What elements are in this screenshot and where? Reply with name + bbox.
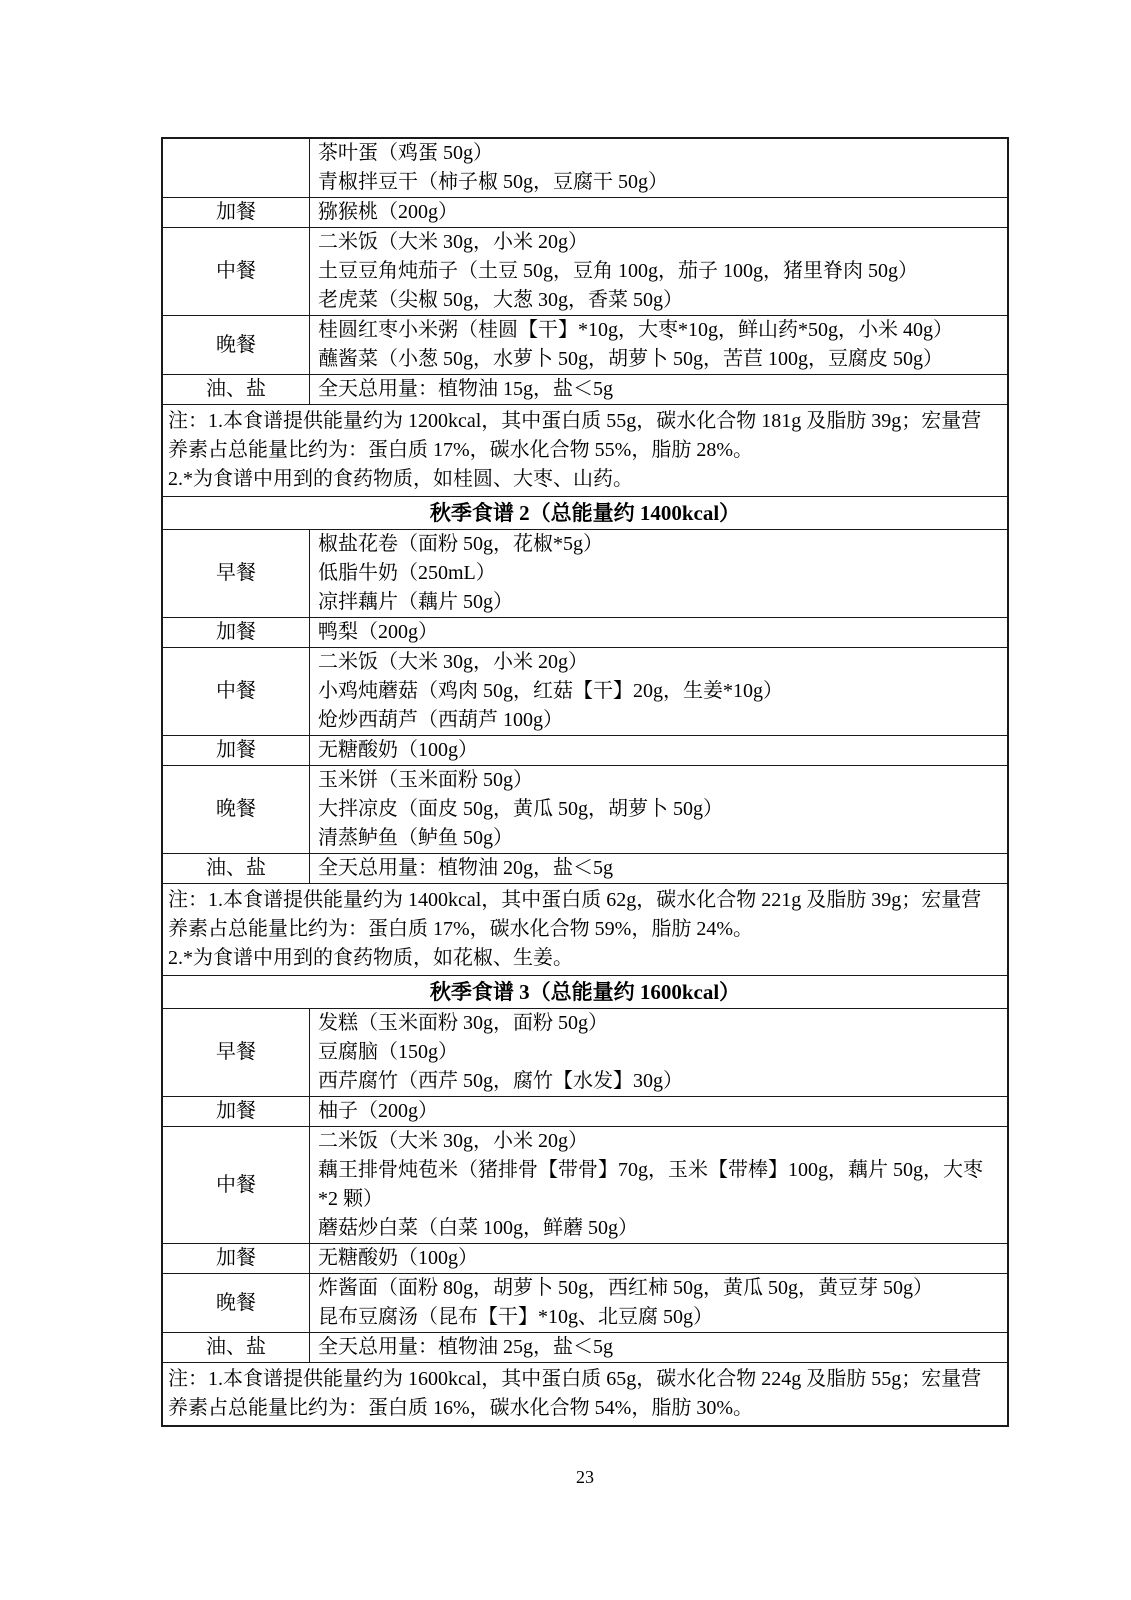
meal-label: 加餐 xyxy=(163,1097,310,1126)
meal-label: 早餐 xyxy=(163,1009,310,1096)
recipe-note: 注：1.本食谱提供能量约为 1400kcal，其中蛋白质 62g，碳水化合物 2… xyxy=(168,886,1001,944)
meal-dishes: 椒盐花卷（面粉 50g，花椒*5g） 低脂牛奶（250mL） 凉拌藕片（藕片 5… xyxy=(310,530,1007,617)
dish-line: 发糕（玉米面粉 30g，面粉 50g） xyxy=(318,1009,989,1038)
dish-line: 无糖酸奶（100g） xyxy=(318,736,989,765)
meal-dishes: 柚子（200g） xyxy=(310,1097,1007,1126)
meal-row: 晚餐 玉米饼（玉米面粉 50g） 大拌凉皮（面皮 50g，黄瓜 50g，胡萝卜 … xyxy=(163,766,1007,854)
dish-line: 昆布豆腐汤（昆布【干】*10g、北豆腐 50g） xyxy=(318,1303,989,1332)
dish-line: 清蒸鲈鱼（鲈鱼 50g） xyxy=(318,824,989,853)
meal-dishes: 无糖酸奶（100g） xyxy=(310,736,1007,765)
dish-line: 全天总用量：植物油 15g，盐＜5g xyxy=(318,375,989,404)
meal-dishes: 二米饭（大米 30g，小米 20g） 小鸡炖蘑菇（鸡肉 50g，红菇【干】20g… xyxy=(310,648,1007,735)
dish-line: 藕王排骨炖苞米（猪排骨【带骨】70g，玉米【带棒】100g，藕片 50g，大枣*… xyxy=(318,1156,989,1214)
meal-label: 晚餐 xyxy=(163,316,310,374)
dish-line: 凉拌藕片（藕片 50g） xyxy=(318,588,989,617)
meal-dishes: 猕猴桃（200g） xyxy=(310,198,1007,227)
document-page: 茶叶蛋（鸡蛋 50g） 青椒拌豆干（柿子椒 50g，豆腐干 50g） 加餐 猕猴… xyxy=(0,0,1131,1600)
meal-dishes: 二米饭（大米 30g，小米 20g） 土豆豆角炖茄子（土豆 50g，豆角 100… xyxy=(310,228,1007,315)
meal-row: 晚餐 炸酱面（面粉 80g，胡萝卜 50g，西红柿 50g，黄瓜 50g，黄豆芽… xyxy=(163,1274,1007,1333)
recipe-section-header: 秋季食谱 3（总能量约 1600kcal） xyxy=(163,976,1007,1009)
meal-dishes: 茶叶蛋（鸡蛋 50g） 青椒拌豆干（柿子椒 50g，豆腐干 50g） xyxy=(310,139,1007,197)
recipe-note: 2.*为食谱中用到的食药物质，如花椒、生姜。 xyxy=(168,944,1001,973)
meal-dishes: 无糖酸奶（100g） xyxy=(310,1244,1007,1273)
recipe-note: 2.*为食谱中用到的食药物质，如桂圆、大枣、山药。 xyxy=(168,465,1001,494)
meal-label: 早餐 xyxy=(163,530,310,617)
dish-line: 土豆豆角炖茄子（土豆 50g，豆角 100g，茄子 100g，猪里脊肉 50g） xyxy=(318,257,989,286)
recipe-note: 注：1.本食谱提供能量约为 1600kcal，其中蛋白质 65g，碳水化合物 2… xyxy=(168,1365,1001,1423)
dish-line: 猕猴桃（200g） xyxy=(318,198,989,227)
dish-line: 小鸡炖蘑菇（鸡肉 50g，红菇【干】20g，生姜*10g） xyxy=(318,677,989,706)
dish-line: 玉米饼（玉米面粉 50g） xyxy=(318,766,989,795)
meal-label: 晚餐 xyxy=(163,766,310,853)
dish-line: 桂圆红枣小米粥（桂圆【干】*10g，大枣*10g，鲜山药*50g，小米 40g） xyxy=(318,316,989,345)
meal-label: 加餐 xyxy=(163,618,310,647)
meal-label: 油、盐 xyxy=(163,1333,310,1362)
meal-row: 油、盐 全天总用量：植物油 20g，盐＜5g xyxy=(163,854,1007,884)
meal-row: 加餐 鸭梨（200g） xyxy=(163,618,1007,648)
meal-row: 中餐 二米饭（大米 30g，小米 20g） 土豆豆角炖茄子（土豆 50g，豆角 … xyxy=(163,228,1007,316)
meal-dishes: 发糕（玉米面粉 30g，面粉 50g） 豆腐脑（150g） 西芹腐竹（西芹 50… xyxy=(310,1009,1007,1096)
dish-line: 蘸酱菜（小葱 50g，水萝卜 50g，胡萝卜 50g，苦苣 100g，豆腐皮 5… xyxy=(318,345,989,374)
dish-line: 炝炒西葫芦（西葫芦 100g） xyxy=(318,706,989,735)
meal-row: 早餐 发糕（玉米面粉 30g，面粉 50g） 豆腐脑（150g） 西芹腐竹（西芹… xyxy=(163,1009,1007,1097)
meal-row: 加餐 猕猴桃（200g） xyxy=(163,198,1007,228)
note-row: 注：1.本食谱提供能量约为 1600kcal，其中蛋白质 65g，碳水化合物 2… xyxy=(163,1363,1007,1425)
dish-line: 鸭梨（200g） xyxy=(318,618,989,647)
dish-line: 无糖酸奶（100g） xyxy=(318,1244,989,1273)
meal-row: 油、盐 全天总用量：植物油 15g，盐＜5g xyxy=(163,375,1007,405)
recipe-section-header: 秋季食谱 2（总能量约 1400kcal） xyxy=(163,497,1007,530)
meal-label: 中餐 xyxy=(163,228,310,315)
dish-line: 炸酱面（面粉 80g，胡萝卜 50g，西红柿 50g，黄瓜 50g，黄豆芽 50… xyxy=(318,1274,989,1303)
meal-label: 油、盐 xyxy=(163,854,310,883)
dish-line: 二米饭（大米 30g，小米 20g） xyxy=(318,648,989,677)
meal-row: 加餐 柚子（200g） xyxy=(163,1097,1007,1127)
recipe-note: 注：1.本食谱提供能量约为 1200kcal，其中蛋白质 55g，碳水化合物 1… xyxy=(168,407,1001,465)
meal-label: 中餐 xyxy=(163,648,310,735)
meal-row: 中餐 二米饭（大米 30g，小米 20g） 藕王排骨炖苞米（猪排骨【带骨】70g… xyxy=(163,1127,1007,1244)
meal-dishes: 炸酱面（面粉 80g，胡萝卜 50g，西红柿 50g，黄瓜 50g，黄豆芽 50… xyxy=(310,1274,1007,1332)
dish-line: 西芹腐竹（西芹 50g，腐竹【水发】30g） xyxy=(318,1067,989,1096)
dish-line: 豆腐脑（150g） xyxy=(318,1038,989,1067)
dish-line: 二米饭（大米 30g，小米 20g） xyxy=(318,228,989,257)
meal-label: 加餐 xyxy=(163,198,310,227)
meal-dishes: 全天总用量：植物油 20g，盐＜5g xyxy=(310,854,1007,883)
dish-line: 低脂牛奶（250mL） xyxy=(318,559,989,588)
meal-row: 中餐 二米饭（大米 30g，小米 20g） 小鸡炖蘑菇（鸡肉 50g，红菇【干】… xyxy=(163,648,1007,736)
dish-line: 青椒拌豆干（柿子椒 50g，豆腐干 50g） xyxy=(318,168,989,197)
meal-row: 加餐 无糖酸奶（100g） xyxy=(163,736,1007,766)
dish-line: 全天总用量：植物油 25g，盐＜5g xyxy=(318,1333,989,1362)
meal-dishes: 鸭梨（200g） xyxy=(310,618,1007,647)
dish-line: 全天总用量：植物油 20g，盐＜5g xyxy=(318,854,989,883)
meal-row: 茶叶蛋（鸡蛋 50g） 青椒拌豆干（柿子椒 50g，豆腐干 50g） xyxy=(163,139,1007,198)
meal-row: 晚餐 桂圆红枣小米粥（桂圆【干】*10g，大枣*10g，鲜山药*50g，小米 4… xyxy=(163,316,1007,375)
dish-line: 二米饭（大米 30g，小米 20g） xyxy=(318,1127,989,1156)
meal-row: 早餐 椒盐花卷（面粉 50g，花椒*5g） 低脂牛奶（250mL） 凉拌藕片（藕… xyxy=(163,530,1007,618)
page-number: 23 xyxy=(161,1465,1009,1489)
note-row: 注：1.本食谱提供能量约为 1400kcal，其中蛋白质 62g，碳水化合物 2… xyxy=(163,884,1007,976)
dish-line: 大拌凉皮（面皮 50g，黄瓜 50g，胡萝卜 50g） xyxy=(318,795,989,824)
meal-dishes: 二米饭（大米 30g，小米 20g） 藕王排骨炖苞米（猪排骨【带骨】70g，玉米… xyxy=(310,1127,1007,1243)
meal-dishes: 全天总用量：植物油 15g，盐＜5g xyxy=(310,375,1007,404)
meal-label: 加餐 xyxy=(163,1244,310,1273)
dish-line: 柚子（200g） xyxy=(318,1097,989,1126)
dish-line: 椒盐花卷（面粉 50g，花椒*5g） xyxy=(318,530,989,559)
dish-line: 茶叶蛋（鸡蛋 50g） xyxy=(318,139,989,168)
meal-dishes: 桂圆红枣小米粥（桂圆【干】*10g，大枣*10g，鲜山药*50g，小米 40g）… xyxy=(310,316,1007,374)
dish-line: 蘑菇炒白菜（白菜 100g，鲜蘑 50g） xyxy=(318,1214,989,1243)
meal-dishes: 玉米饼（玉米面粉 50g） 大拌凉皮（面皮 50g，黄瓜 50g，胡萝卜 50g… xyxy=(310,766,1007,853)
meal-row: 油、盐 全天总用量：植物油 25g，盐＜5g xyxy=(163,1333,1007,1363)
meal-label: 油、盐 xyxy=(163,375,310,404)
meal-label: 中餐 xyxy=(163,1127,310,1243)
dish-line: 老虎菜（尖椒 50g，大葱 30g，香菜 50g） xyxy=(318,286,989,315)
meal-label xyxy=(163,139,310,197)
menu-table: 茶叶蛋（鸡蛋 50g） 青椒拌豆干（柿子椒 50g，豆腐干 50g） 加餐 猕猴… xyxy=(161,137,1009,1427)
meal-dishes: 全天总用量：植物油 25g，盐＜5g xyxy=(310,1333,1007,1362)
meal-row: 加餐 无糖酸奶（100g） xyxy=(163,1244,1007,1274)
meal-label: 加餐 xyxy=(163,736,310,765)
meal-label: 晚餐 xyxy=(163,1274,310,1332)
note-row: 注：1.本食谱提供能量约为 1200kcal，其中蛋白质 55g，碳水化合物 1… xyxy=(163,405,1007,497)
